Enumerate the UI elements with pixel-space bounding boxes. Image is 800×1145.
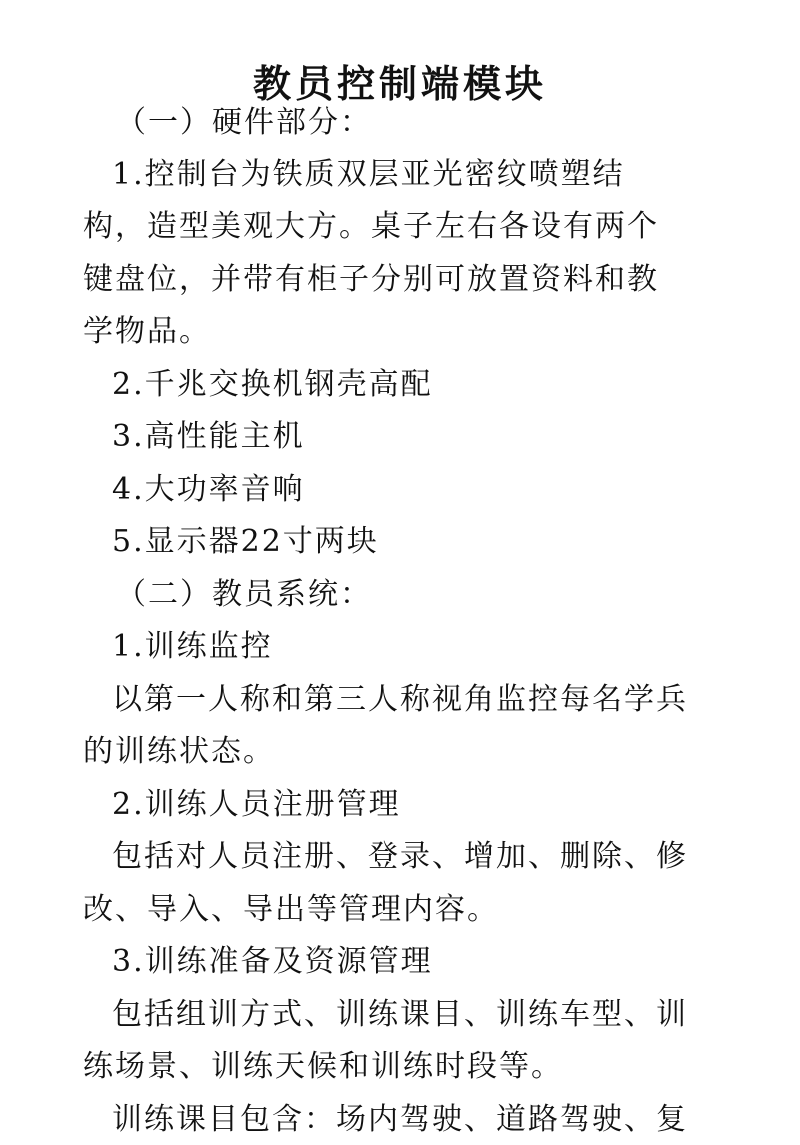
paragraph-line: 改、导入、导出等管理内容。 bbox=[83, 890, 499, 930]
paragraph-line: 包括对人员注册、登录、增加、删除、修 bbox=[112, 837, 688, 877]
paragraph-line: 的训练状态。 bbox=[83, 732, 275, 772]
paragraph-line: 学物品。 bbox=[83, 312, 211, 352]
subsection-heading: 3.训练准备及资源管理 bbox=[112, 942, 433, 982]
paragraph-line: 1.控制台为铁质双层亚光密纹喷塑结 bbox=[112, 155, 625, 195]
page-title: 教员控制端模块 bbox=[0, 59, 800, 109]
paragraph-line: 构，造型美观大方。桌子左右各设有两个 bbox=[83, 207, 659, 247]
section-heading-system: （二）教员系统： bbox=[116, 575, 372, 615]
paragraph-line: 包括组训方式、训练课目、训练车型、训 bbox=[112, 995, 688, 1035]
list-item: 5.显示器22寸两块 bbox=[112, 522, 379, 562]
paragraph-line: 训练课目包含：场内驾驶、道路驾驶、复 bbox=[112, 1100, 688, 1140]
list-item: 4.大功率音响 bbox=[112, 470, 305, 510]
paragraph-line: 以第一人称和第三人称视角监控每名学兵 bbox=[112, 680, 688, 720]
paragraph-line: 键盘位，并带有柜子分别可放置资料和教 bbox=[83, 260, 659, 300]
subsection-heading: 1.训练监控 bbox=[112, 627, 273, 667]
paragraph-line: 练场景、训练天候和训练时段等。 bbox=[83, 1047, 563, 1087]
section-heading-hardware: （一）硬件部分： bbox=[116, 103, 372, 143]
list-item: 2.千兆交换机钢壳高配 bbox=[112, 365, 433, 405]
list-item: 3.高性能主机 bbox=[112, 417, 305, 457]
subsection-heading: 2.训练人员注册管理 bbox=[112, 785, 401, 825]
